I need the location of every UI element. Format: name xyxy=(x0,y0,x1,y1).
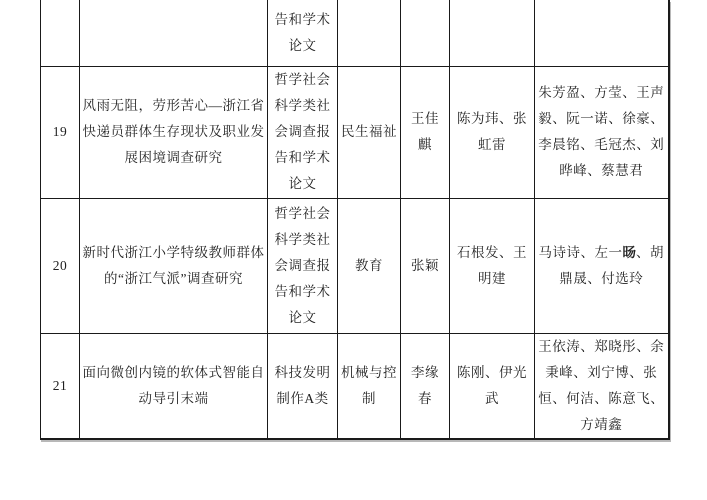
cell-members: 王依涛、郑晓彤、余 秉峰、刘宁博、张 恒、何洁、陈意飞、 方靖鑫 xyxy=(535,333,669,439)
cell-advisors: 陈为玮、张 虹雷 xyxy=(450,66,535,198)
cell-field: 机械与控 制 xyxy=(338,333,401,439)
cell-number: 20 xyxy=(41,198,80,333)
table-row-partial: 告和学术 论文 xyxy=(41,0,669,66)
table-row-21: 21 面向微创内镜的软体式智能自 动导引末端 科技发明 制作A类 机械与控 制 … xyxy=(41,333,669,439)
cell-field: 民生福祉 xyxy=(338,66,401,198)
cell-category: 哲学社会 科学类社 会调查报 告和学术 论文 xyxy=(268,198,338,333)
projects-table: 告和学术 论文 19 风雨无阻，劳形苦心—浙江省 快递员群体生存现状及职业发 展… xyxy=(40,0,670,440)
cell-category: 告和学术 论文 xyxy=(268,0,338,66)
cell-leader: 王佳 麒 xyxy=(401,66,450,198)
cell-leader: 张颖 xyxy=(401,198,450,333)
cell-members: 朱芳盈、方莹、王声 毅、阮一诺、徐豪、 李晨铭、毛冠杰、刘 晔峰、蔡慧君 xyxy=(535,66,669,198)
cell-leader xyxy=(401,0,450,66)
cell-leader: 李缘 春 xyxy=(401,333,450,439)
cell-advisors: 石根发、王 明建 xyxy=(450,198,535,333)
cell-field: 教育 xyxy=(338,198,401,333)
cell-advisors xyxy=(450,0,535,66)
cell-members xyxy=(535,0,669,66)
table-row-20: 20 新时代浙江小学特级教师群体 的“浙江气派”调查研究 哲学社会 科学类社 会… xyxy=(41,198,669,333)
cell-number: 19 xyxy=(41,66,80,198)
document-page: { "document": { "background": "#ffffff",… xyxy=(0,0,707,500)
cell-category: 哲学社会 科学类社 会调查报 告和学术 论文 xyxy=(268,66,338,198)
cell-title xyxy=(80,0,268,66)
cell-title: 面向微创内镜的软体式智能自 动导引末端 xyxy=(80,333,268,439)
cell-field xyxy=(338,0,401,66)
cell-number: 21 xyxy=(41,333,80,439)
cell-category: 科技发明 制作A类 xyxy=(268,333,338,439)
cell-number xyxy=(41,0,80,66)
cell-members: 马诗诗、左一旸、胡 鼎晟、付选玲 xyxy=(535,198,669,333)
cell-title: 风雨无阻，劳形苦心—浙江省 快递员群体生存现状及职业发 展困境调查研究 xyxy=(80,66,268,198)
cell-advisors: 陈刚、伊光 武 xyxy=(450,333,535,439)
cell-title: 新时代浙江小学特级教师群体 的“浙江气派”调查研究 xyxy=(80,198,268,333)
table-row-19: 19 风雨无阻，劳形苦心—浙江省 快递员群体生存现状及职业发 展困境调查研究 哲… xyxy=(41,66,669,198)
